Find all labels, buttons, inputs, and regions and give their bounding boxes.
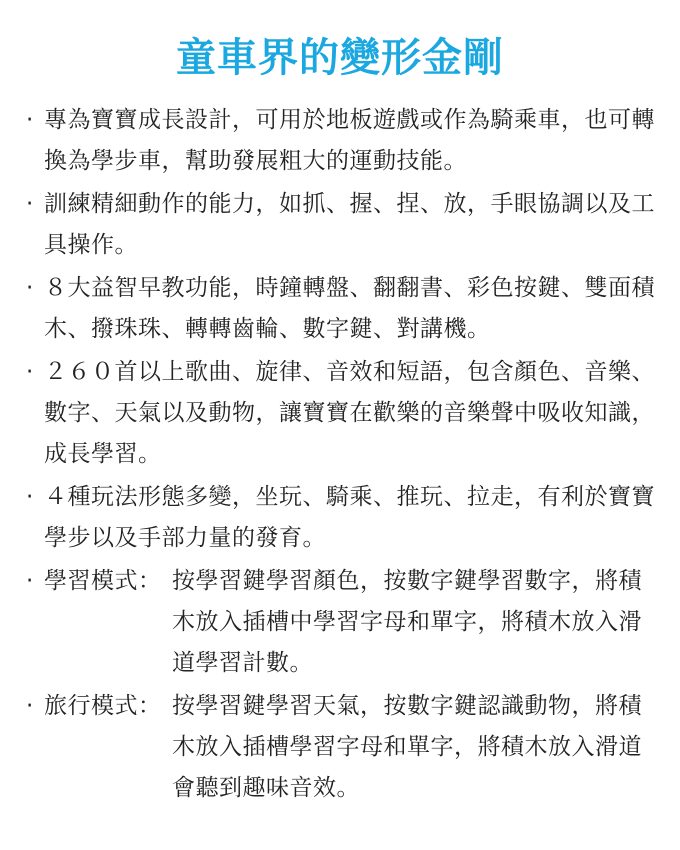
mode-item-travel: · 旅行模式： 按學習鍵學習天氣，按數字鍵認識動物，將積木放入插槽學習字母和單字… bbox=[0, 686, 680, 809]
bullet-icon: · bbox=[26, 100, 34, 141]
feature-text: 訓練精細動作的能力，如抓、握、捏、放，手眼協調以及工具操作。 bbox=[44, 191, 655, 258]
bullet-icon: · bbox=[26, 686, 34, 727]
mode-label: 旅行模式： bbox=[44, 686, 172, 809]
feature-text: ２６０首以上歌曲、旋律、音效和短語，包含顏色、音樂、數字、天氣以及動物，讓寶寶在… bbox=[44, 359, 655, 467]
bullet-icon: · bbox=[26, 184, 34, 225]
bullet-icon: · bbox=[26, 477, 34, 518]
bullet-icon: · bbox=[26, 268, 34, 309]
feature-item: · ２６０首以上歌曲、旋律、音效和短語，包含顏色、音樂、數字、天氣以及動物，讓寶… bbox=[0, 352, 680, 475]
feature-list: · 專為寶寶成長設計，可用於地板遊戲或作為騎乘車，也可轉換為學步車，幫助發展粗大… bbox=[0, 100, 680, 811]
page-title: 童車界的變形金剛 bbox=[0, 30, 680, 86]
feature-item: · 訓練精細動作的能力，如抓、握、捏、放，手眼協調以及工具操作。 bbox=[0, 184, 680, 266]
feature-item: · ４種玩法形態多變，坐玩、騎乘、推玩、拉走，有利於寶寶學步以及手部力量的發育。 bbox=[0, 477, 680, 559]
mode-text: 按學習鍵學習天氣，按數字鍵認識動物，將積木放入插槽學習字母和單字，將積木放入滑道… bbox=[172, 686, 660, 809]
mode-text: 按學習鍵學習顏色，按數字鍵學習數字，將積木放入插槽中學習字母和單字，將積木放入滑… bbox=[172, 561, 660, 684]
feature-item: · 專為寶寶成長設計，可用於地板遊戲或作為騎乘車，也可轉換為學步車，幫助發展粗大… bbox=[0, 100, 680, 182]
feature-text: ８大益智早教功能，時鐘轉盤、翻翻書、彩色按鍵、雙面積木、撥珠珠、轉轉齒輪、數字鍵… bbox=[44, 275, 655, 342]
bullet-icon: · bbox=[26, 561, 34, 602]
feature-text: 專為寶寶成長設計，可用於地板遊戲或作為騎乘車，也可轉換為學步車，幫助發展粗大的運… bbox=[44, 107, 655, 174]
bullet-icon: · bbox=[26, 352, 34, 393]
feature-text: ４種玩法形態多變，坐玩、騎乘、推玩、拉走，有利於寶寶學步以及手部力量的發育。 bbox=[44, 484, 655, 551]
mode-item-learning: · 學習模式： 按學習鍵學習顏色，按數字鍵學習數字，將積木放入插槽中學習字母和單… bbox=[0, 561, 680, 684]
feature-item: · ８大益智早教功能，時鐘轉盤、翻翻書、彩色按鍵、雙面積木、撥珠珠、轉轉齒輪、數… bbox=[0, 268, 680, 350]
mode-label: 學習模式： bbox=[44, 561, 172, 684]
